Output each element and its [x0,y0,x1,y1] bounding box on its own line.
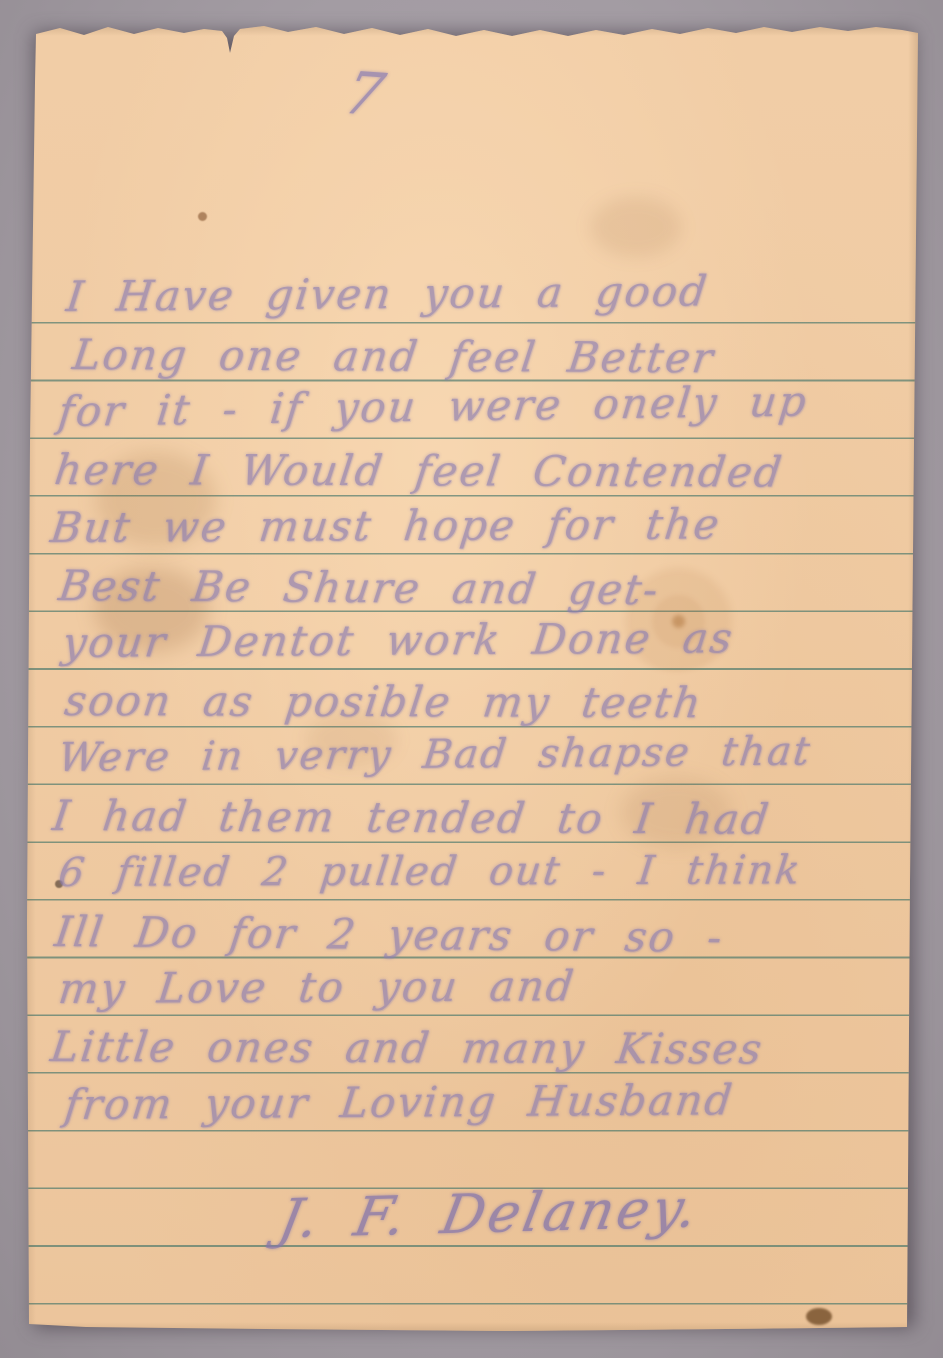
handwriting-line: I Have given you a good [64,268,711,320]
handwriting-line: here I Would feel Contended [52,447,786,496]
handwriting-line: your Dentot work Done as [60,615,736,666]
signature: J. F. Delaney. [274,1177,705,1251]
handwriting-line: my Love to you and [56,963,578,1012]
handwriting-line: soon as posible my teeth [62,678,705,726]
handwriting-line: from your Loving Husband [62,1077,736,1128]
letter-page: 7 I Have given you a good Long one and f… [26,22,920,1332]
handwriting-line: But we must hope for the [48,501,723,551]
handwriting-line: Best Be Shure and get- [56,563,662,613]
handwriting-line: 6 filled 2 pulled out - I think [56,848,804,895]
handwriting-line: Long one and feel Better [70,332,717,382]
handwriting-line: I had them tended to I had [50,793,773,843]
page-number: 7 [338,59,391,129]
handwriting-line: for it - if you were onely up [56,379,810,436]
handwriting-line: Little ones and many Kisses [48,1024,766,1073]
handwriting-layer: 7 I Have given you a good Long one and f… [26,22,920,1332]
handwriting-line: Ill Do for 2 years or so - [52,909,726,961]
handwriting-line: Were in verry Bad shapse that [56,729,814,780]
